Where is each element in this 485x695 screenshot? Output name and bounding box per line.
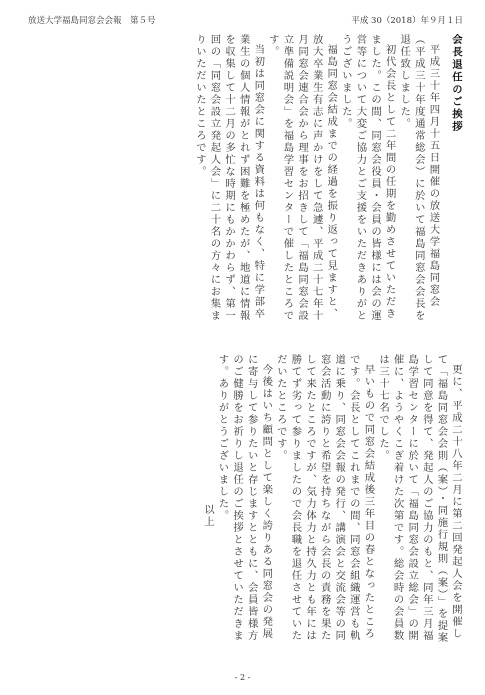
article-title: 会長退任のご挨拶 xyxy=(448,34,463,324)
page-number: - 2 - xyxy=(0,673,485,682)
publication-title: 放送大学福島同窓会会報 第５号 xyxy=(28,14,156,26)
paragraph: 福島同窓会結成までの経過を振り返って見ますと、放大卒業生有志に声かけをして急遽、… xyxy=(265,34,338,324)
paragraph: 当初は同窓会に関する資料は何もなく、特に学部卒業生の個人情報がとれず困難を極めた… xyxy=(192,34,265,324)
bottom-band: 更に、平成二十八年二月に第二回発起人会を開催して「福島同窓会会則（案）・同施行規… xyxy=(28,354,463,644)
paragraph: 平成三十年四月十五日開催の放送大学福島同窓会（平成三十年度通常総会）に於いて福島… xyxy=(397,34,441,324)
paragraph: 今後はいち顧問として楽しく誇りある同窓会の発展に寄与して参りたいと存じますととも… xyxy=(215,354,273,644)
paragraph: 早いもので同窓会結成後三年目の春となったところです。会長としてこれまでの間、同窓… xyxy=(273,354,375,644)
page-header: 放送大学福島同窓会会報 第５号 平成 30（2018）年９月１日 xyxy=(28,14,463,28)
top-band: 会長退任のご挨拶 平成三十年四月十五日開催の放送大学福島同窓会（平成三十年度通常… xyxy=(28,34,463,324)
articles-continued: 更に、平成二十八年二月に第二回発起人会を開催して「福島同窓会会則（案）・同施行規… xyxy=(23,354,463,644)
issue-date: 平成 30（2018）年９月１日 xyxy=(351,14,463,26)
paragraph: 更に、平成二十八年二月に第二回発起人会を開催して「福島同窓会会則（案）・同施行規… xyxy=(375,354,463,644)
closing-mark: 以上 xyxy=(200,354,215,644)
paragraph: 初代会長として二年間の任期を勤めさせていただきました。この間、同窓会役員・会員の… xyxy=(338,34,396,324)
article-retirement: 会長退任のご挨拶 平成三十年四月十五日開催の放送大学福島同窓会（平成三十年度通常… xyxy=(23,34,463,324)
